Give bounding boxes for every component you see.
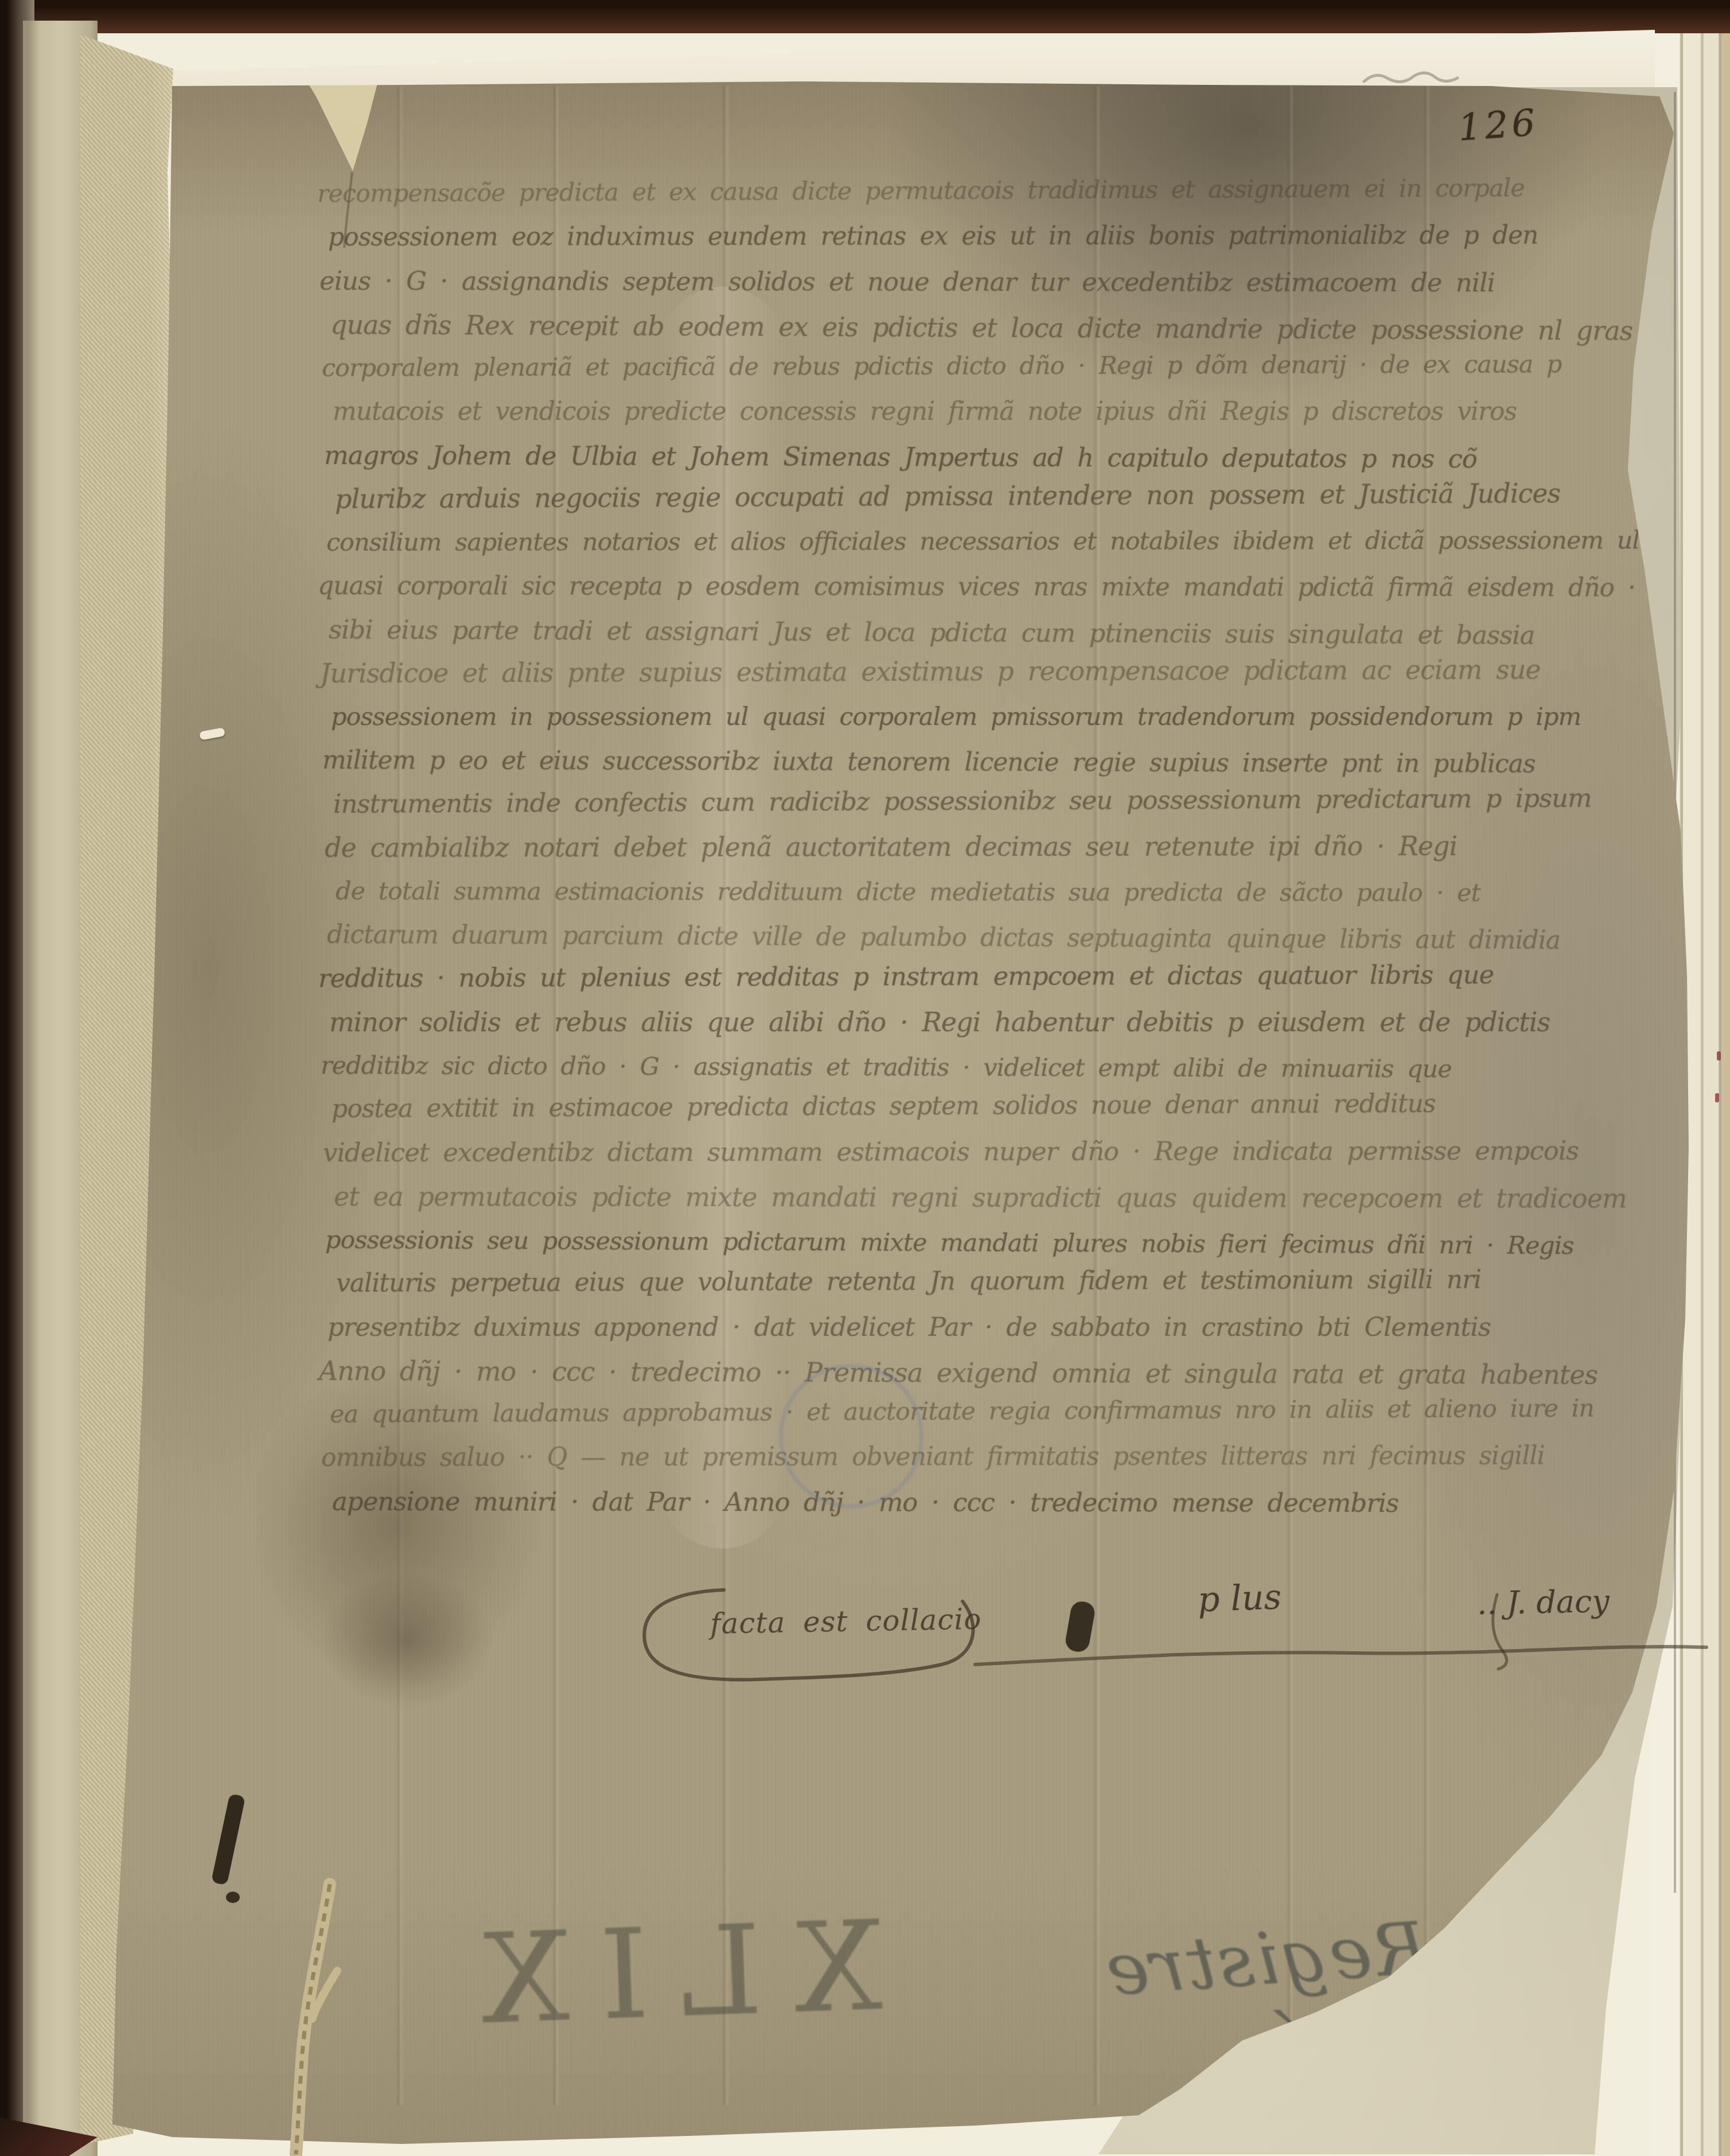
manuscript-scan: recompensacõe predicta et ex causa dicte… [0,0,1730,2156]
text-line: instrumentis inde confectis cum radicibz… [333,776,1670,826]
text-line: omnibus saluo ·· Q — ne ut premissum obv… [321,1434,1658,1480]
folio-number: 126 [1457,102,1540,150]
text-line: Jurisdicoe et aliis pnte supius estimata… [320,648,1657,695]
text-line: pluribz arduis negociis regie occupati a… [335,471,1671,521]
text-line: videlicet excedentibz dictam summam esti… [323,1129,1659,1175]
text-line: apensione muniri · dat Par · Anno dñj · … [332,1480,1669,1526]
parchment-folio: recompensacõe predicta et ex causa dicte… [0,0,1730,2156]
text-line: quasi corporali sic recepta p eosdem com… [318,564,1654,610]
text-line: eius · G · assignandis septem solidos et… [319,259,1656,305]
text-line: de totali summa estimacionis reddituum d… [336,870,1672,915]
ink-blot [1064,1600,1097,1654]
tear-fleck [199,727,225,740]
clerk-signature-right: .. J. dacy [1476,1583,1610,1621]
faint-stamp-circle [779,1364,924,1508]
ink-mark [211,1794,246,1885]
text-line: possessionem in possessionem ul quasi co… [331,695,1667,739]
text-line: possessionem eoz induximus eundem retina… [328,213,1665,259]
red-edge-speck [1717,1051,1721,1061]
text-line: ea quantum laudamus approbamus · et auct… [330,1386,1666,1436]
text-line: postea extitit in estimacoe predicta dic… [332,1081,1668,1131]
text-line: redditus · nobis ut plenius est redditas… [318,953,1655,1000]
text-line: de cambialibz notari debet plenã auctori… [325,824,1661,870]
text-line: recompensacõe predicta et ex causa dicte… [317,166,1654,216]
showthrough-volume-numeral: XLIX [388,1892,943,2054]
damp-stain [321,1572,493,1709]
text-line: valituris perpetua eius que voluntate re… [336,1258,1673,1305]
ink-dot [226,1892,240,1903]
text-line: minor solidis et rebus aliis que alibi d… [329,1000,1666,1044]
red-edge-speck [1715,1093,1719,1102]
text-line: presentibz duximus apponend · dat videli… [328,1305,1664,1349]
clerk-signature-left: p lus [1197,1577,1282,1620]
text-line: corporalem plenariã et pacificã de rebus… [322,342,1658,390]
collation-note: facta est collacio [710,1603,982,1640]
text-line: mutacois et vendicois predicte concessis… [333,390,1669,434]
binding-cover-top [0,0,1730,33]
text-line: et ea permutacois pdicte mixte mandati r… [334,1175,1670,1221]
text-block: recompensacõe predicta et ex causa dicte… [324,172,1661,1523]
text-line: consilium sapientes notarios et alios of… [326,518,1663,564]
